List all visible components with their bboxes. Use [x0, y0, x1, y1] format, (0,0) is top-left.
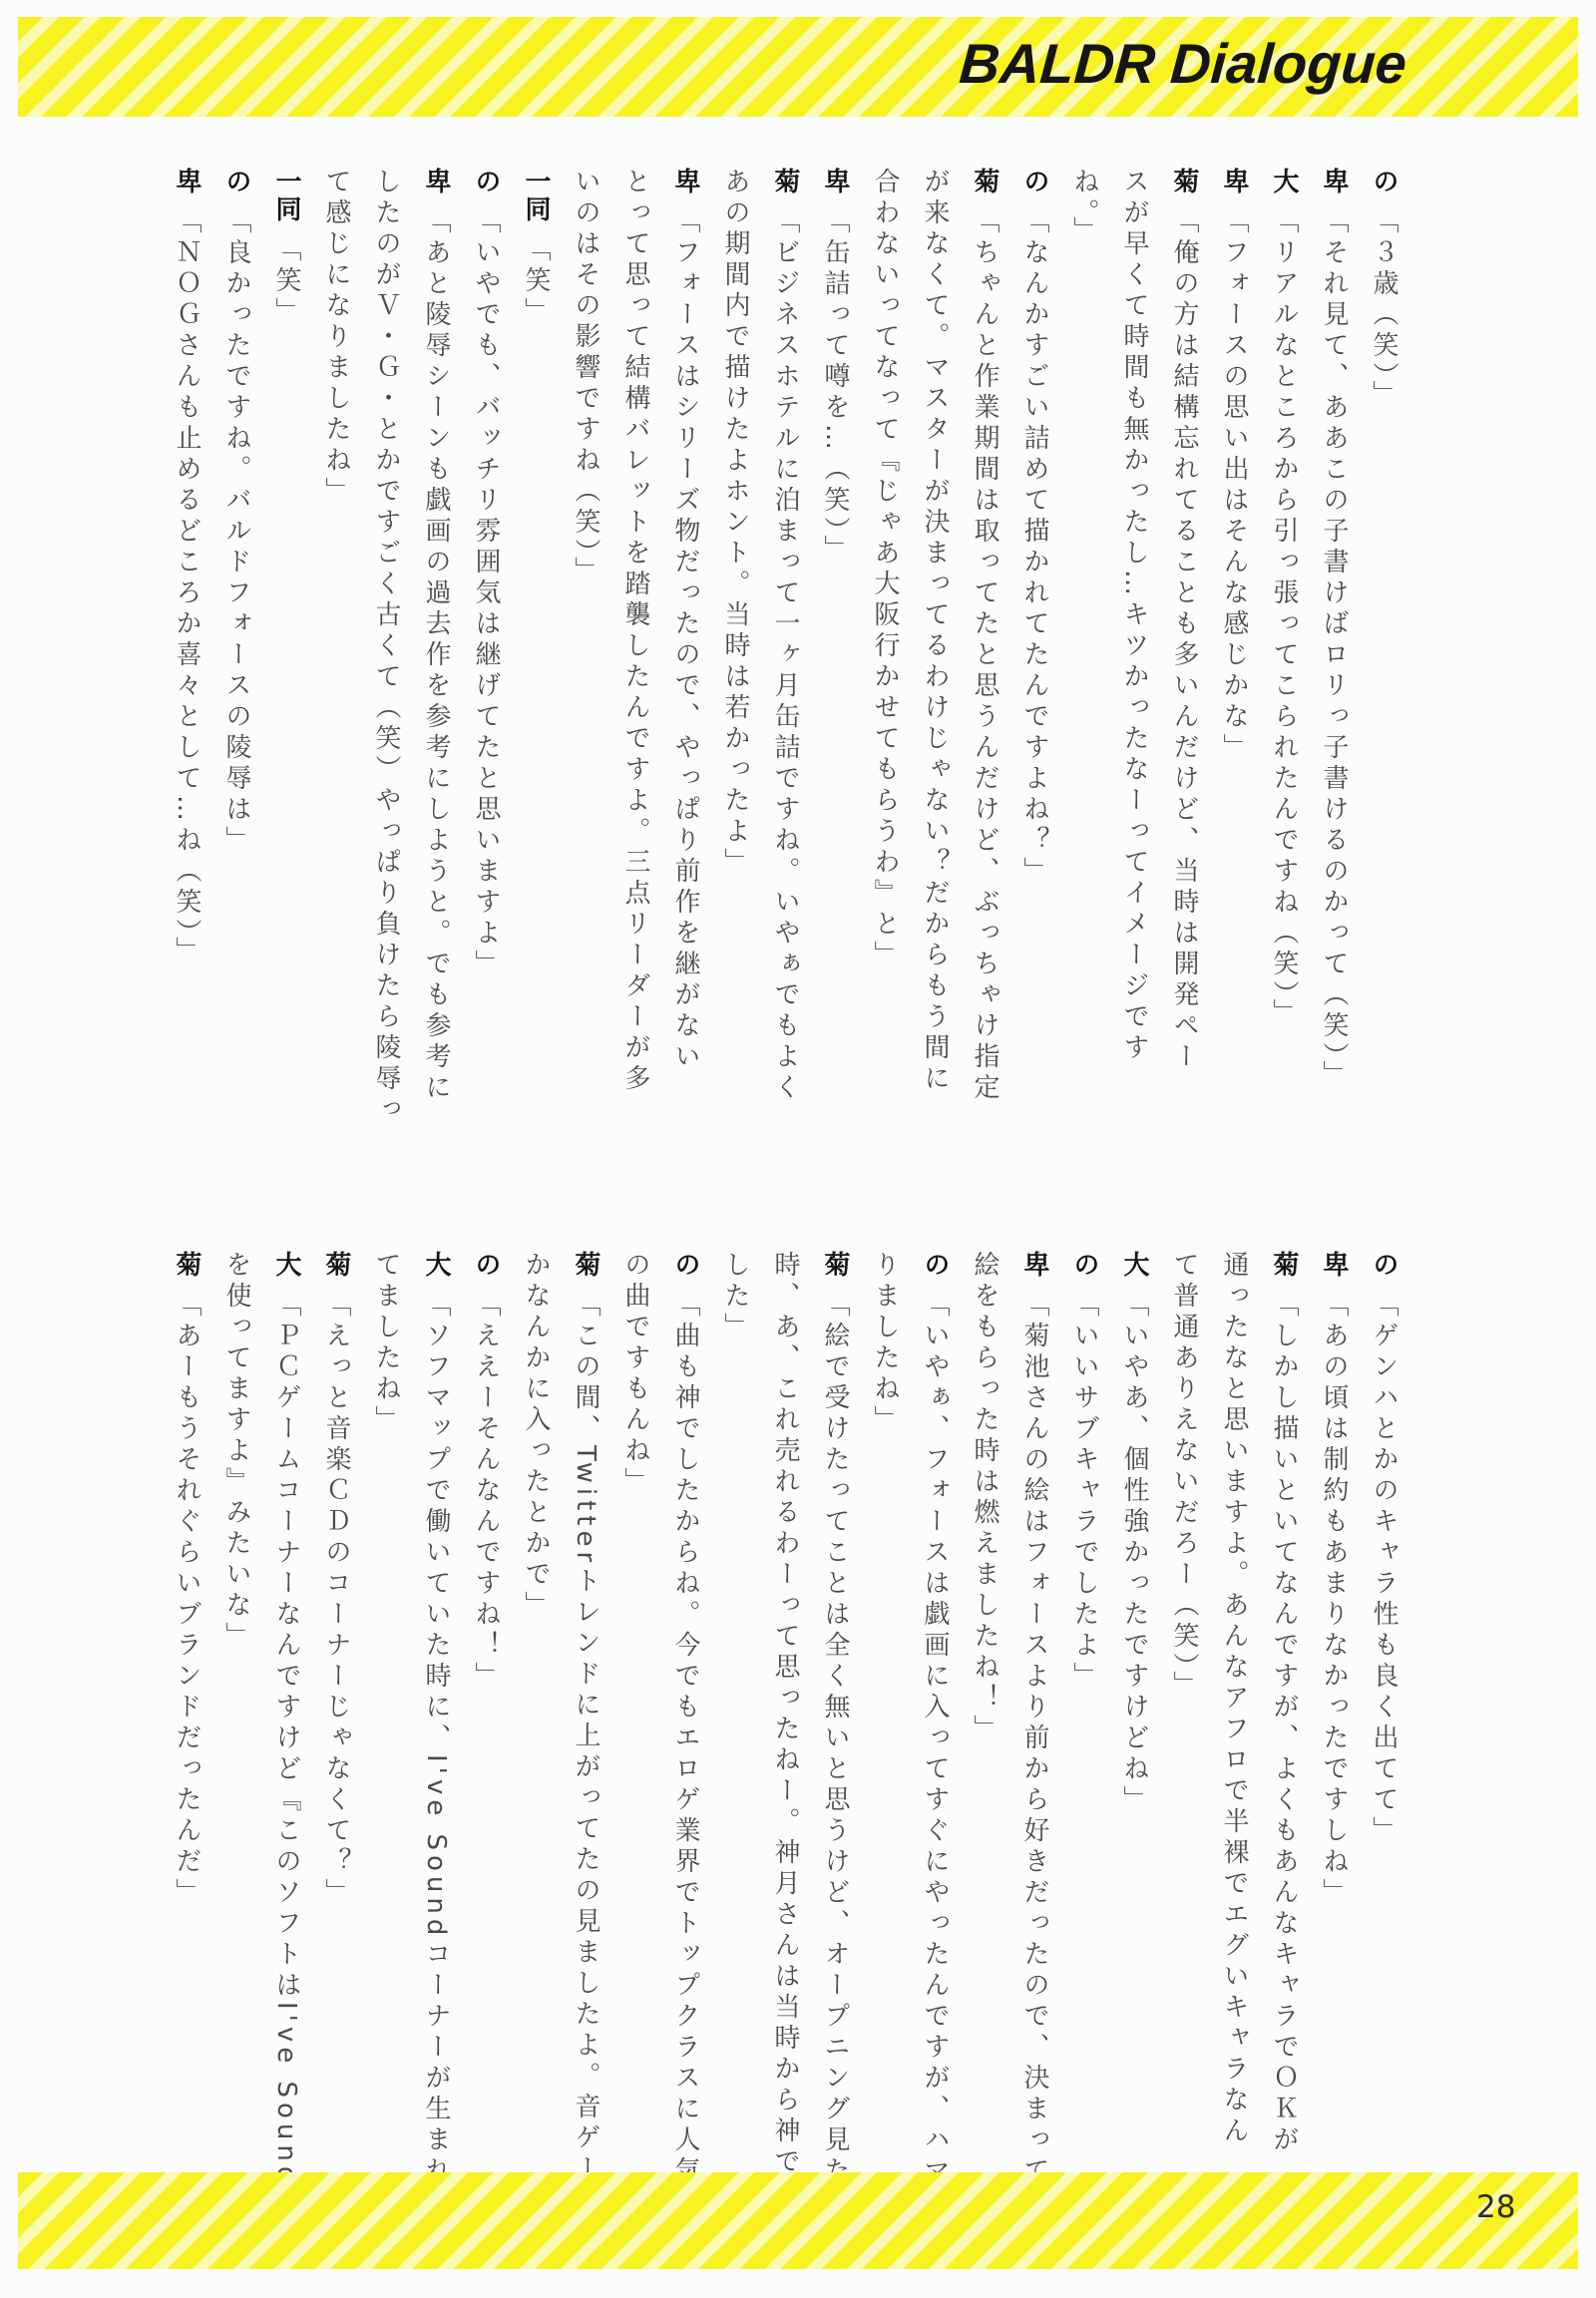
- dialogue-text: 「良かったですね。バルドフォースの陵辱は」: [221, 207, 251, 857]
- speaker-label: の: [1019, 168, 1049, 195]
- speech-continuation-column: ね。」: [1059, 168, 1109, 1117]
- speech-column: 菊「えっと音楽ＣＤのコーナーじゃなくて？」: [311, 1251, 361, 2186]
- speech-column: 大「ソフマップで働いていた時に、I've Soundコーナーが生まれ: [411, 1251, 461, 2186]
- dialogue-text: て感じになりましたね」: [321, 168, 351, 508]
- dialogue-text: て普通ありえないだろー（笑）」: [1169, 1251, 1199, 1702]
- dialogue-text: 「曲も神でしたからね。今でもエロゲ業界でトップクラスに人気: [670, 1291, 700, 2187]
- dialogue-text: 「あと陵辱シーンも戯画の過去作を参考にしようと。でも参考に: [421, 207, 451, 1104]
- speaker-label: 大: [1269, 168, 1299, 195]
- speech-column: 菊「あーもうそれぐらいブランドだったんだ」: [162, 1251, 211, 2186]
- speaker-label: の: [1369, 1251, 1398, 1279]
- dialogue-text: 「しかし描いといてなんですが、よくもあんなキャラでＯＫが: [1269, 1291, 1299, 2156]
- speaker-label: 菊: [571, 1251, 600, 1279]
- speech-continuation-column: いのはその影響ですね（笑）」: [561, 168, 610, 1117]
- scanned-dialogue-page: { "page": { "title": "BALDR Dialogue", "…: [0, 0, 1596, 2298]
- speaker-label: 卑: [670, 168, 700, 195]
- speech-column: の「３歳（笑）」: [1359, 168, 1408, 1117]
- dialogue-text: 「菊池さんの絵はフォースより前から好きだったので、決まって: [1019, 1291, 1049, 2187]
- speaker-label: 菊: [321, 1251, 351, 1279]
- speech-column: 卑「フォースはシリーズ物だったので、やっぱり前作を継がない: [660, 168, 710, 1117]
- speaker-label: 卑: [172, 168, 201, 195]
- speech-continuation-column: とって思って結構バレットを踏襲したんですよ。三点リーダーが多: [610, 168, 660, 1117]
- speaker-label: の: [670, 1251, 700, 1279]
- speaker-label: 一同: [271, 168, 301, 223]
- speech-continuation-column: 絵をもらった時は燃えましたね！」: [960, 1251, 1009, 2186]
- speech-continuation-column: の曲ですもんね」: [610, 1251, 660, 2186]
- speech-column: の「ゲンハとかのキャラ性も良く出てて」: [1359, 1251, 1408, 2186]
- dialogue-text: 「ゲンハとかのキャラ性も良く出てて」: [1369, 1291, 1398, 1847]
- speaker-label: 菊: [1269, 1251, 1299, 1279]
- speech-continuation-column: した」: [710, 1251, 760, 2186]
- speech-column: 菊「絵で受けたってことは全く無いと思うけど、オープニング見た: [810, 1251, 860, 2186]
- dialogue-text: 「缶詰って噂を…（笑）」: [820, 207, 850, 566]
- dialogue-text: 「ビジネスホテルに泊まって一ヶ月缶詰ですね。いやぁでもよく: [770, 207, 800, 1104]
- speaker-label: 菊: [172, 1251, 201, 1279]
- speaker-label: の: [1369, 168, 1398, 195]
- speaker-label: の: [221, 168, 251, 195]
- speech-continuation-column: したのがＶ・Ｇ・とかですごく古くて（笑）やっぱり負けたら陵辱っ: [361, 168, 411, 1117]
- dialogue-text: 「３歳（笑）」: [1369, 207, 1398, 411]
- speech-column: 卑「菊池さんの絵はフォースより前から好きだったので、決まって: [1009, 1251, 1059, 2186]
- speech-continuation-column: て感じになりましたね」: [311, 168, 361, 1117]
- dialogue-text: 「えっと音楽ＣＤのコーナーじゃなくて？」: [321, 1291, 351, 1909]
- dialogue-text: 「この間、Twitterトレンドに上がってたの見ましたよ。音ゲー: [571, 1291, 600, 2185]
- dialogue-text: 時、あ、これ売れるわーって思ったねー。神月さんは当時から神で: [770, 1251, 800, 2178]
- speaker-label: 卑: [421, 168, 451, 195]
- page-number: 28: [1476, 2192, 1515, 2223]
- speaker-label: 菊: [970, 168, 999, 195]
- speaker-label: 卑: [1319, 168, 1349, 195]
- speech-continuation-column: 時、あ、これ売れるわーって思ったねー。神月さんは当時から神で: [760, 1251, 810, 2186]
- speaker-label: 菊: [770, 168, 800, 195]
- speech-column: の「ええーそんなんですね！」: [461, 1251, 511, 2186]
- speech-column: 大「いやあ、個性強かったですけどね」: [1109, 1251, 1159, 2186]
- speech-column: の「いやぁ、フォースは戯画に入ってすぐにやったんですが、ハマ: [910, 1251, 960, 2186]
- dialogue-text: とって思って結構バレットを踏襲したんですよ。三点リーダーが多: [620, 168, 650, 1095]
- speaker-label: の: [920, 1251, 950, 1279]
- speech-column: の「いいサブキャラでしたよ」: [1059, 1251, 1109, 2186]
- dialogue-text: 「リアルなところから引っ張ってこられたんですね（笑）」: [1269, 207, 1299, 1029]
- dialogue-text: ね。」: [1069, 168, 1099, 247]
- dialogue-text: 「絵で受けたってことは全く無いと思うけど、オープニング見た: [820, 1291, 850, 2187]
- dialogue-text: した」: [720, 1251, 750, 1343]
- dialogue-text: てましたね」: [371, 1251, 401, 1436]
- dialogue-text: 「俺の方は結構忘れてることも多いんだけど、当時は開発ペー: [1169, 207, 1199, 1073]
- speech-column: 卑「あの頃は制約もあまりなかったですしね」: [1309, 1251, 1359, 2186]
- speech-continuation-column: 合わないってなって『じゃあ大阪行かせてもらうわ』と」: [860, 168, 910, 1117]
- speech-column: の「いやでも、バッチリ雰囲気は継げてたと思いますよ」: [461, 168, 511, 1117]
- dialogue-text: 「それ見て、ああこの子書けばロリっ子書けるのかって（笑）」: [1319, 207, 1349, 1091]
- dialogue-text: 「いやぁ、フォースは戯画に入ってすぐにやったんですが、ハマ: [920, 1291, 950, 2187]
- speaker-label: 卑: [1219, 168, 1249, 195]
- speech-column: 卑「缶詰って噂を…（笑）」: [810, 168, 860, 1117]
- speech-continuation-column: あの期間内で描けたよホント。当時は若かったよ」: [710, 168, 760, 1117]
- speaker-label: の: [471, 1251, 501, 1279]
- dialogue-text: 「あーもうそれぐらいブランドだったんだ」: [172, 1291, 201, 1909]
- dialogue-text: 「ええーそんなんですね！」: [471, 1291, 501, 1693]
- dialogue-text: 「ソフマップで働いていた時に、I've Soundコーナーが生まれ: [421, 1291, 451, 2187]
- dialogue-text: 「いやでも、バッチリ雰囲気は継げてたと思いますよ」: [471, 207, 501, 980]
- speaker-label: 卑: [1019, 1251, 1049, 1279]
- dialogue-text: 「フォースはシリーズ物だったので、やっぱり前作を継がない: [670, 207, 700, 1073]
- speech-column: 卑「それ見て、ああこの子書けばロリっ子書けるのかって（笑）」: [1309, 168, 1359, 1117]
- speech-continuation-column: 通ったなと思いますよ。あんなアフロで半裸でエグいキャラなん: [1209, 1251, 1259, 2186]
- dialogue-text: いのはその影響ですね（笑）」: [571, 168, 600, 587]
- speech-continuation-column: スが早くて時間も無かったし…キツかったなーってイメージです: [1109, 168, 1159, 1117]
- dialogue-text: を使ってますよ』みたいな」: [221, 1251, 251, 1653]
- speech-column: 卑「ＮＯＧさんも止めるどころか喜々として…ね（笑）」: [162, 168, 211, 1117]
- speaker-label: 大: [271, 1251, 301, 1279]
- dialogue-text: 「なんかすごい詰めて描かれてたんですよね？」: [1019, 207, 1049, 888]
- speech-column: 菊「ビジネスホテルに泊まって一ヶ月缶詰ですね。いやぁでもよく: [760, 168, 810, 1117]
- speaker-label: 卑: [820, 168, 850, 195]
- speaker-label: 菊: [820, 1251, 850, 1279]
- speech-column: の「曲も神でしたからね。今でもエロゲ業界でトップクラスに人気: [660, 1251, 710, 2186]
- dialogue-text: 「あの頃は制約もあまりなかったですしね」: [1319, 1291, 1349, 1909]
- speech-continuation-column: かなんかに入ったとかで」: [511, 1251, 561, 2186]
- speech-column: 一同「笑」: [511, 168, 561, 1117]
- speaker-label: 卑: [1319, 1251, 1349, 1279]
- speaker-label: 大: [421, 1251, 451, 1279]
- dialogue-text: 「笑」: [521, 235, 551, 328]
- speech-column: の「良かったですね。バルドフォースの陵辱は」: [211, 168, 261, 1117]
- dialogue-text: の曲ですもんね」: [620, 1251, 650, 1498]
- speaker-label: 菊: [1169, 168, 1199, 195]
- dialogue-text: 絵をもらった時は燃えましたね！」: [970, 1251, 999, 1745]
- speech-column: の「なんかすごい詰めて描かれてたんですよね？」: [1009, 168, 1059, 1117]
- speech-column: 大「ＰＣゲームコーナーなんですけど『このソフトはI've Sound: [261, 1251, 311, 2186]
- speech-column: 一同「笑」: [261, 168, 311, 1117]
- speaker-label: 大: [1119, 1251, 1149, 1279]
- dialogue-text: 「いやあ、個性強かったですけどね」: [1119, 1291, 1149, 1816]
- speech-continuation-column: を使ってますよ』みたいな」: [211, 1251, 261, 2186]
- speaker-label: の: [471, 168, 501, 195]
- dialogue-text: 「ＮＯＧさんも止めるどころか喜々として…ね（笑）」: [172, 207, 201, 967]
- speech-continuation-column: が来なくて。マスターが決まってるわけじゃない？だからもう間に: [910, 168, 960, 1117]
- dialogue-text: スが早くて時間も無かったし…キツかったなーってイメージです: [1119, 168, 1149, 1064]
- dialogue-top-block: の「３歳（笑）」卑「それ見て、ああこの子書けばロリっ子書けるのかって（笑）」大「…: [162, 168, 1408, 1117]
- bottom-stripe-band: [18, 2172, 1578, 2269]
- dialogue-text: 「ＰＣゲームコーナーなんですけど『このソフトはI've Sound: [271, 1291, 301, 2187]
- dialogue-text: したのがＶ・Ｇ・とかですごく古くて（笑）やっぱり負けたら陵辱っ: [371, 168, 401, 1126]
- dialogue-text: 通ったなと思いますよ。あんなアフロで半裸でエグいキャラなん: [1219, 1251, 1249, 2147]
- speech-column: 菊「この間、Twitterトレンドに上がってたの見ましたよ。音ゲー: [561, 1251, 610, 2186]
- speech-column: 大「リアルなところから引っ張ってこられたんですね（笑）」: [1259, 168, 1309, 1117]
- dialogue-text: 「ちゃんと作業期間は取ってたと思うんだけど、ぶっちゃけ指定: [970, 207, 999, 1104]
- dialogue-text: 合わないってなって『じゃあ大阪行かせてもらうわ』と」: [870, 168, 900, 971]
- dialogue-text: あの期間内で描けたよホント。当時は若かったよ」: [720, 168, 750, 879]
- speech-column: 菊「俺の方は結構忘れてることも多いんだけど、当時は開発ペー: [1159, 168, 1209, 1117]
- speech-column: 卑「フォースの思い出はそんな感じかな」: [1209, 168, 1259, 1117]
- dialogue-text: かなんかに入ったとかで」: [521, 1251, 551, 1622]
- speaker-label: 一同: [521, 168, 551, 223]
- speaker-label: の: [1069, 1251, 1099, 1279]
- speech-column: 菊「ちゃんと作業期間は取ってたと思うんだけど、ぶっちゃけ指定: [960, 168, 1009, 1117]
- speech-continuation-column: りましたね」: [860, 1251, 910, 2186]
- dialogue-text: が来なくて。マスターが決まってるわけじゃない？だからもう間に: [920, 168, 950, 1095]
- speech-continuation-column: て普通ありえないだろー（笑）」: [1159, 1251, 1209, 2186]
- dialogue-text: りましたね」: [870, 1251, 900, 1436]
- dialogue-text: 「笑」: [271, 235, 301, 328]
- dialogue-text: 「いいサブキャラでしたよ」: [1069, 1291, 1099, 1693]
- speech-column: 菊「しかし描いといてなんですが、よくもあんなキャラでＯＫが: [1259, 1251, 1309, 2186]
- speech-continuation-column: てましたね」: [361, 1251, 411, 2186]
- dialogue-text: 「フォースの思い出はそんな感じかな」: [1219, 207, 1249, 764]
- dialogue-bottom-block: の「ゲンハとかのキャラ性も良く出てて」卑「あの頃は制約もあまりなかったですしね」…: [162, 1251, 1408, 2186]
- page-title: BALDR Dialogue: [958, 36, 1408, 92]
- speech-column: 卑「あと陵辱シーンも戯画の過去作を参考にしようと。でも参考に: [411, 168, 461, 1117]
